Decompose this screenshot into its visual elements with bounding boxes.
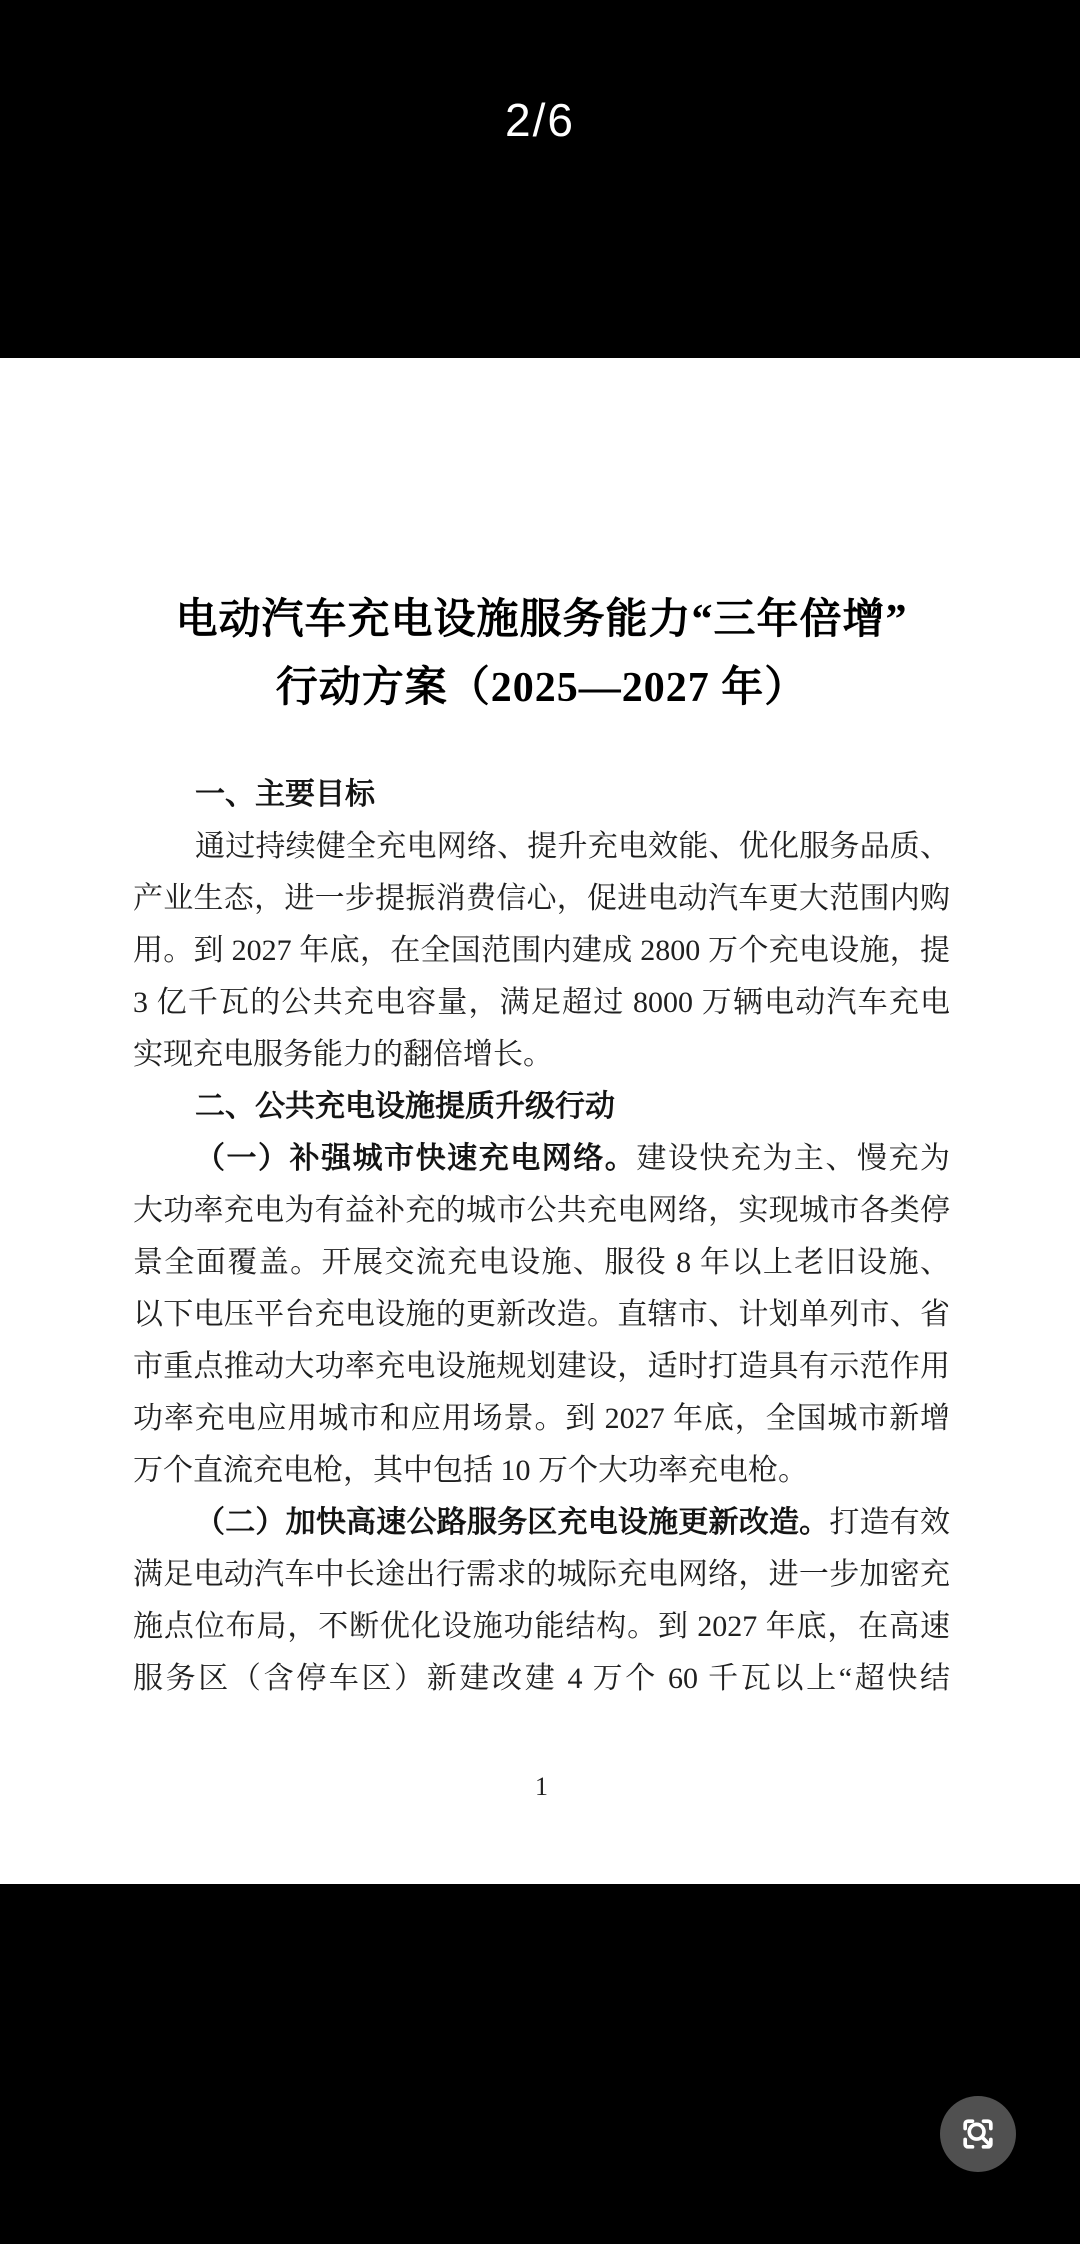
document-line: 产业生态，进一步提振消费信心，促进电动汽车更大范围内购置使 <box>133 873 950 925</box>
document-line: 3 亿千瓦的公共充电容量，满足超过 8000 万辆电动汽车充电需求， <box>133 977 950 1029</box>
document-line: （二）加快高速公路服务区充电设施更新改造。打造有效 <box>133 1497 950 1549</box>
document-line: 大功率充电为有益补充的城市公共充电网络，实现城市各类停车场 <box>133 1185 950 1237</box>
document-line: （一）补强城市快速充电网络。建设快充为主、慢充为辅、 <box>133 1133 950 1185</box>
document-line: 市重点推动大功率充电设施规划建设，适时打造具有示范作用的大 <box>133 1341 950 1393</box>
image-search-icon <box>956 2112 1000 2156</box>
page-number: 1 <box>133 1772 950 1802</box>
document-line: 以下电压平台充电设施的更新改造。直辖市、计划单列市、省会城 <box>133 1289 950 1341</box>
doc-title-line: 行动方案（2025—2027 年） <box>133 654 950 722</box>
document-line: 施点位布局，不断优化设施功能结构。到 2027 年底，在高速公路 <box>133 1601 950 1653</box>
document-line: 满足电动汽车中长途出行需求的城际充电网络，进一步加密充电设 <box>133 1549 950 1601</box>
page-indicator: 2/6 <box>0 92 1080 148</box>
doc-title-line: 电动汽车充电设施服务能力“三年倍增” <box>133 586 950 654</box>
doc-title: 电动汽车充电设施服务能力“三年倍增”行动方案（2025—2027 年） <box>133 586 950 722</box>
image-search-button[interactable] <box>940 2096 1016 2172</box>
document-line: 功率充电应用城市和应用场景。到 2027 年底，全国城市新增 160 <box>133 1393 950 1445</box>
document-line: 用。到 2027 年底，在全国范围内建成 2800 万个充电设施，提供超 <box>133 925 950 977</box>
document-line: 实现充电服务能力的翻倍增长。 <box>133 1029 950 1081</box>
doc-lines: 一、主要目标通过持续健全充电网络、提升充电效能、优化服务品质、创新产业生态，进一… <box>133 769 950 1705</box>
section-heading: 一、主要目标 <box>133 769 950 821</box>
document-line: 万个直流充电枪，其中包括 10 万个大功率充电枪。 <box>133 1445 950 1497</box>
section-heading: 二、公共充电设施提质升级行动 <box>133 1081 950 1133</box>
document-viewer-screen: 2/6 电动汽车充电设施服务能力“三年倍增”行动方案（2025—2027 年） … <box>0 0 1080 2244</box>
document-line: 景全面覆盖。开展交流充电设施、服役 8 年以上老旧设施、800 伏 <box>133 1237 950 1289</box>
document-content: 电动汽车充电设施服务能力“三年倍增”行动方案（2025—2027 年） 一、主要… <box>133 358 950 1802</box>
document-line: 通过持续健全充电网络、提升充电效能、优化服务品质、创新 <box>133 821 950 873</box>
document-line: 服务区（含停车区）新建改建 4 万个 60 千瓦以上“超快结合”充 <box>133 1653 950 1705</box>
document-page: 电动汽车充电设施服务能力“三年倍增”行动方案（2025—2027 年） 一、主要… <box>0 358 1080 1884</box>
